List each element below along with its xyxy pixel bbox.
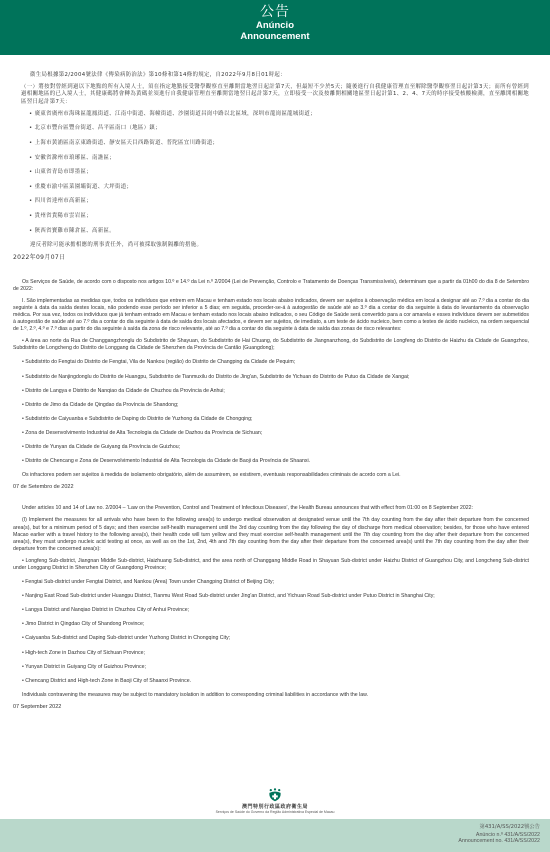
en-date: 07 September 2022 [13,704,529,711]
en-bullet: • Chencang District and High-tech Zone i… [13,678,529,685]
en-bullet: • Nanjing East Road Sub-district under H… [13,593,529,600]
en-intro: Under articles 10 and 14 of Law no. 2/20… [13,505,529,512]
en-bullet: • High-tech Zone in Dazhou City of Sichu… [13,650,529,657]
pt-bullet: • Distrito de Yunyan da Cidade de Guiyan… [13,444,529,451]
zh-bullet: • 陝西省寶雞市陳倉區、高新區。 [21,228,529,235]
en-bullet: • Langya District and Nanqiao District i… [13,607,529,614]
title-chinese: 公告 [0,0,550,20]
announcement-number-zh: 第431/A/SS/2022號公告 [458,824,540,830]
zh-bullet: • 上海市黃浦區南京東路街道、靜安區天目西路街道、普陀區宜川路街道； [21,140,529,147]
announcement-footer: 第431/A/SS/2022號公告 Anúncio n.º 431/A/SS/2… [0,819,550,852]
en-bullet: • Jimo District in Qingdao City of Shand… [13,621,529,628]
announcement-body: 衞生局根據第2/2004號法律《傳染病防治法》第10條和第14條的規定，自202… [21,72,529,725]
pt-bullet: • A área ao norte da Rua de Changgangzho… [13,338,529,352]
zh-bullet: • 貴州省貴陽市雲岩區； [21,213,529,220]
en-bullet: • Fengtai Sub-district under Fengtai Dis… [13,579,529,586]
health-bureau-logo: 澳門特別行政區政府衛生局 Serviços de Saúde do Govern… [0,788,550,815]
announcement-number-en: Announcement no. 431/A/SS/2022 [458,838,540,844]
en-closing: Individuals contravening the measures ma… [13,692,529,699]
pt-bullet: • Distrito de Jimo da Cidade de Qingdao … [13,402,529,409]
pt-bullet: • Zona de Desenvolvimento Industrial de … [13,430,529,437]
zh-bullet: • 四川省達州市高新區； [21,198,529,205]
en-bullet: • Yunyan District in Guiyang City of Gui… [13,664,529,671]
pt-bullet: • Subdistrito de Nanjingdonglu do Distri… [13,374,529,381]
announcement-number-block: 第431/A/SS/2022號公告 Anúncio n.º 431/A/SS/2… [458,824,540,844]
chinese-section: 衞生局根據第2/2004號法律《傳染病防治法》第10條和第14條的規定，自202… [21,72,529,262]
zh-para1: （一）將按對曾經到過以下地點的所有入境人士，須在指定地點接受醫學觀察直至離開當地… [21,84,529,106]
pt-bullet: • Subdistrito de Caiyuanba e Subdistrito… [13,416,529,423]
en-bullet: • Longfeng Sub-district, Jiangnan Middle… [13,558,529,572]
pt-bullet: • Distrito de Chencang e Zona de Desenvo… [13,458,529,465]
org-name-portuguese: Serviços de Saúde do Governo da Região A… [0,810,550,815]
zh-date: 2022年09月07日 [13,254,529,261]
pt-bullet: • Distrito de Langya e Distrito de Nanqi… [13,388,529,395]
zh-intro: 衞生局根據第2/2004號法律《傳染病防治法》第10條和第14條的規定，自202… [21,72,529,79]
title-portuguese: Anúncio [0,20,550,31]
pt-closing: Os infractores podem ser sujeitos à medi… [13,472,529,479]
zh-closing: 違反者除可能承擔相應的刑事責任外，尚可被採取強制隔離的措施。 [21,242,529,249]
pt-bullet: • Subdistrito do Fengtai do Distrito de … [13,359,529,366]
en-bullet: • Caiyuanba Sub-district and Daping Sub-… [13,635,529,642]
zh-bullet: • 山東省青島市即墨區； [21,169,529,176]
portuguese-section: Os Serviços de Saúde, de acordo com o di… [13,279,529,711]
health-bureau-emblem-icon [268,788,282,802]
zh-bullet: • 重慶市渝中區菜園壩街道、大坪街道； [21,184,529,191]
announcement-header: 公告 Anúncio Announcement [0,0,550,55]
zh-bullet: • 北京市豐台區豐台街道、昌平區南口（地區）鎮； [21,125,529,132]
en-para1: (I) Implement the measures for all arriv… [13,517,529,552]
zh-bullet: • 安徽省滁州市琅琊區、南譙區； [21,155,529,162]
pt-intro: Os Serviços de Saúde, de acordo com o di… [13,279,529,293]
zh-bullet: • 廣東省廣州市海珠區龍鳳街道、江南中街道、海幢街道、沙園街道昌崗中路以北區域，… [21,111,529,118]
title-english: Announcement [0,31,550,42]
pt-para1: I. São implementadas as medidas que, tod… [13,298,529,333]
pt-date: 07 de Setembro de 2022 [13,484,529,491]
